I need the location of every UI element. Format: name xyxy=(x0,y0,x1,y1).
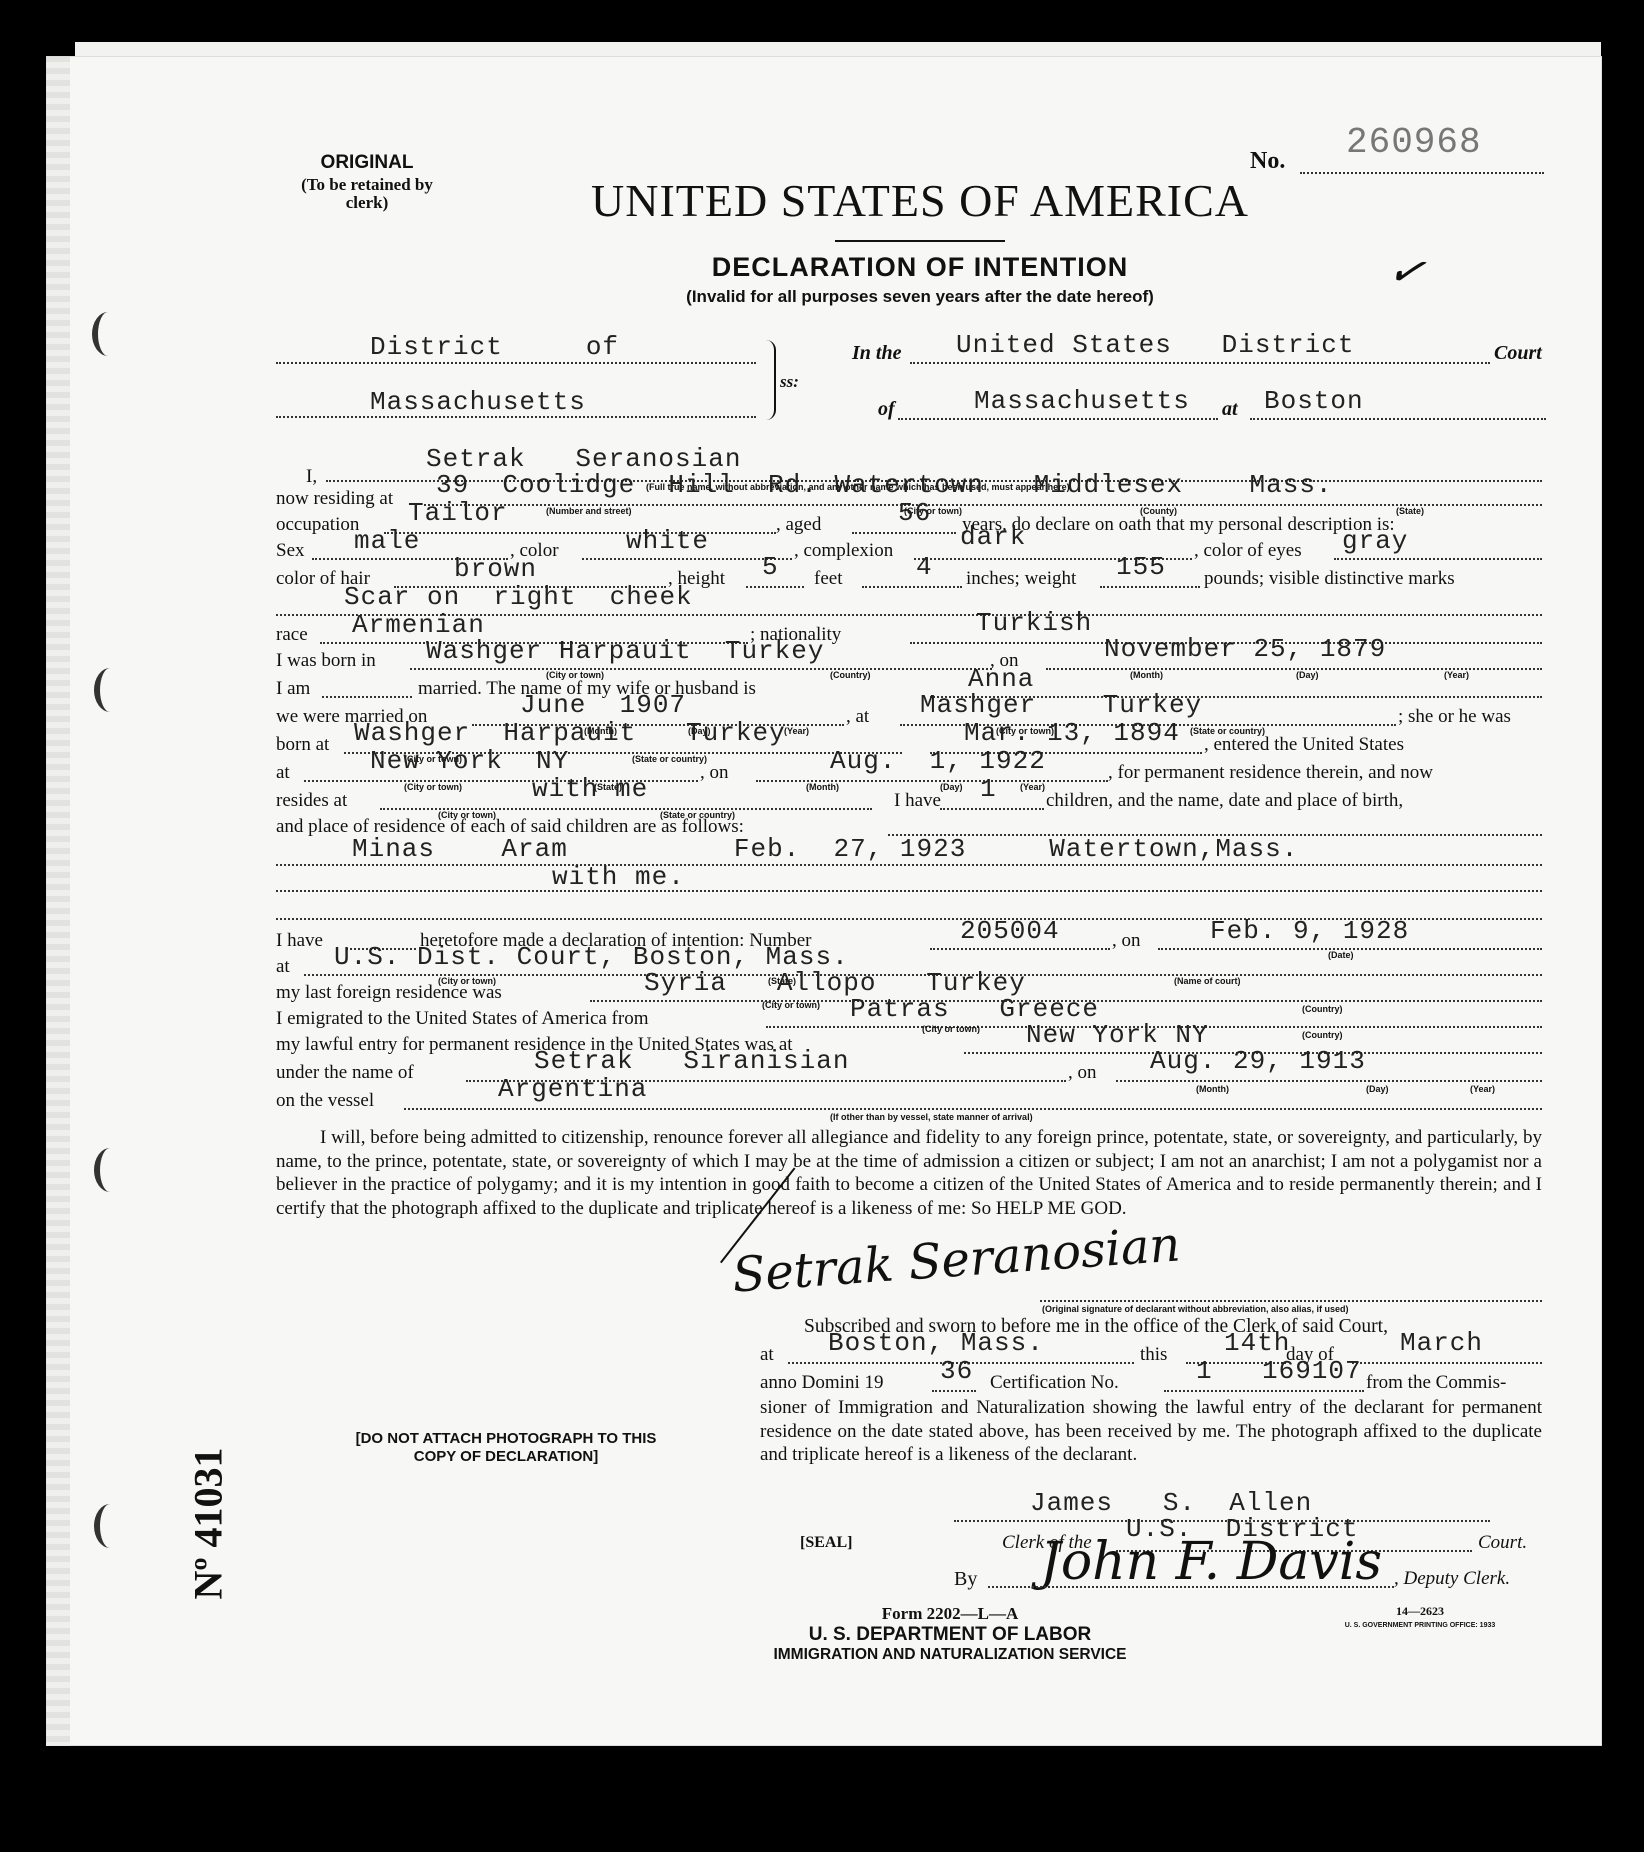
court-city: Boston xyxy=(1264,386,1364,416)
entry-name-label: under the name of xyxy=(276,1062,414,1084)
married-at-label: , at xyxy=(846,706,869,728)
birthplace-value: Washger Harpauit Turkey xyxy=(426,636,824,666)
birthdate-value: November 25, 1879 xyxy=(1104,634,1386,664)
at-label: at xyxy=(1222,398,1238,421)
title-rule xyxy=(835,240,1005,242)
eyes-value: gray xyxy=(1342,526,1408,556)
spouse-entry-date-value: Aug. 1, 1922 xyxy=(830,746,1046,776)
anno-domini-label: anno Domini 19 xyxy=(760,1372,884,1394)
eyes-label: , color of eyes xyxy=(1194,540,1302,562)
sex-label: Sex xyxy=(276,540,305,562)
entry-on-label: , on xyxy=(1068,1062,1097,1084)
photo-note-line-2: COPY OF DECLARATION] xyxy=(316,1448,696,1466)
form-number: Form 2202—L—A xyxy=(800,1604,1100,1624)
hint-number-street: (Number and street) xyxy=(546,506,632,516)
nationality-value: Turkish xyxy=(976,608,1092,638)
hint-month: (Month) xyxy=(1196,1084,1229,1094)
prior-at-label: at xyxy=(276,956,290,978)
last-residence-label: my last foreign residence was xyxy=(276,982,502,1004)
hint-country: (Country) xyxy=(830,670,871,680)
complexion-value: dark xyxy=(960,522,1026,552)
hint-city: (City or town) xyxy=(762,1000,820,1010)
residing-label: now residing at xyxy=(276,488,393,510)
aged-label: , aged xyxy=(776,514,821,536)
form-subtitle: DECLARATION OF INTENTION xyxy=(560,252,1280,283)
prior-on-label: , on xyxy=(1112,930,1141,952)
venue-district-line-1: District of xyxy=(370,332,619,362)
married-place-value: Mashger Turkey xyxy=(920,690,1202,720)
service-label: IMMIGRATION AND NATURALIZATION SERVICE xyxy=(690,1646,1210,1664)
form-code: 14—2623 xyxy=(1360,1604,1480,1619)
hint-date: (Date) xyxy=(1328,950,1354,960)
original-label: ORIGINAL xyxy=(272,152,462,174)
hint-month: (Month) xyxy=(1130,670,1163,680)
sex-value: male xyxy=(354,526,420,556)
hint-year: (Year) xyxy=(1020,782,1045,792)
venue-bracket xyxy=(764,340,776,420)
certification-number: 169107 xyxy=(1262,1356,1362,1386)
complexion-label: , complexion xyxy=(794,540,893,562)
this-label: this xyxy=(1140,1344,1167,1366)
clerk-court-label: Court. xyxy=(1478,1532,1527,1554)
deputy-signature: John F. Davis xyxy=(1040,1532,1382,1592)
court-state: Massachusetts xyxy=(974,386,1190,416)
of-label: of xyxy=(878,398,895,421)
entry-at-label: at xyxy=(276,762,290,784)
jurat-day: 14th xyxy=(1224,1328,1290,1358)
seal-label: [SEAL] xyxy=(800,1534,852,1552)
spouse-birthplace-value: Washger Harpauit Turkey xyxy=(354,718,786,748)
deputy-clerk-label: , Deputy Clerk. xyxy=(1394,1568,1510,1590)
i-have-label: I have xyxy=(894,790,941,812)
permanent-residence-label: , for permanent residence therein, and n… xyxy=(1108,762,1433,784)
number-label: No. xyxy=(1250,148,1285,175)
jurat-year: 36 xyxy=(940,1356,973,1386)
age-value: 56 xyxy=(898,498,931,528)
spouse-birthdate-value: Mar. 13, 1894 xyxy=(964,718,1180,748)
she-was-label: ; she or he was xyxy=(1398,706,1511,728)
height-feet-value: 5 xyxy=(762,552,779,582)
hair-value: brown xyxy=(454,554,537,584)
court-label: Court xyxy=(1494,342,1542,365)
hint-year: (Year) xyxy=(1444,670,1469,680)
entry-on-label: , on xyxy=(700,762,729,784)
hint-day: (Day) xyxy=(1296,670,1319,680)
retained-note-line-1: (To be retained by xyxy=(262,176,472,194)
occupation-label: occupation xyxy=(276,514,359,536)
emigrated-label: I emigrated to the United States of Amer… xyxy=(276,1008,649,1030)
punch-hole-icon xyxy=(94,668,126,712)
jurat-body: sioner of Immigration and Naturalization… xyxy=(760,1396,1542,1467)
retained-note: (To be retained by clerk) xyxy=(262,176,472,212)
photo-note-line-1: [DO NOT ATTACH PHOTOGRAPH TO THIS xyxy=(316,1430,696,1448)
vessel-label: on the vessel xyxy=(276,1090,374,1112)
spouse-residence-value: with me xyxy=(532,774,648,804)
by-label: By xyxy=(954,1568,977,1591)
hint-vessel: (If other than by vessel, state manner o… xyxy=(830,1112,1033,1122)
hint-country: (Country) xyxy=(1302,1030,1343,1040)
serial-number-stamp: 260968 xyxy=(1346,122,1482,163)
hint-city: (City or town) xyxy=(922,1024,980,1034)
hint-month: (Month) xyxy=(806,782,839,792)
ss-label: ss: xyxy=(780,372,799,392)
document-page xyxy=(46,56,1602,1746)
punch-hole-icon xyxy=(92,312,124,356)
in-the-label: In the xyxy=(852,342,901,365)
race-label: race xyxy=(276,624,308,646)
hint-day: (Day) xyxy=(940,782,963,792)
years-label: years, do declare on oath that my person… xyxy=(962,514,1395,536)
punch-hole-icon xyxy=(94,1148,126,1192)
entered-label: , entered the United States xyxy=(1204,734,1404,756)
residence-address: 39 Coolidge Hill Rd. Watertown Middlesex… xyxy=(436,470,1333,500)
side-number: Nº 41031 xyxy=(185,1374,232,1674)
certification-label: Certification No. xyxy=(990,1372,1119,1394)
photo-note: [DO NOT ATTACH PHOTOGRAPH TO THIS COPY O… xyxy=(316,1430,696,1466)
hint-year: (Year) xyxy=(784,726,809,736)
born-at-label: born at xyxy=(276,734,329,756)
jurat-at-label: at xyxy=(760,1344,774,1366)
spouse-entry-place-value: New York NY xyxy=(370,746,569,776)
hint-year: (Year) xyxy=(1470,1084,1495,1094)
inches-label: inches; weight xyxy=(966,568,1076,590)
born-in-label: I was born in xyxy=(276,650,376,672)
color-value: white xyxy=(626,526,709,556)
height-inches-value: 4 xyxy=(916,552,933,582)
oath-paragraph: I will, before being admitted to citizen… xyxy=(276,1126,1542,1220)
distinctive-marks-value: Scar on right cheek xyxy=(344,582,693,612)
child-residence: with me. xyxy=(552,862,685,892)
punch-hole-icon xyxy=(94,1504,126,1548)
court-name: United States District xyxy=(956,330,1354,360)
jurat-place: Boston, Mass. xyxy=(828,1328,1044,1358)
i-am-label: I am xyxy=(276,678,310,700)
document-title: UNITED STATES OF AMERICA xyxy=(500,174,1340,227)
children-label: children, and the name, date and place o… xyxy=(1046,790,1403,812)
children-count-value: 1 xyxy=(980,774,997,804)
hint-country: (Country) xyxy=(1302,1004,1343,1014)
department-label: U. S. DEPARTMENT OF LABOR xyxy=(740,1624,1160,1646)
vessel-value: Argentina xyxy=(498,1074,647,1104)
prior-declaration-date: Feb. 9, 1928 xyxy=(1210,916,1409,946)
hint-city: (City or town) xyxy=(404,782,462,792)
venue-district-line-2: Massachusetts xyxy=(370,387,586,417)
certification-prefix: 1 xyxy=(1196,1356,1213,1386)
pounds-label: pounds; visible distinctive marks xyxy=(1204,568,1455,590)
married-date-value: June 1907 xyxy=(520,690,686,720)
hint-state: (State) xyxy=(1396,506,1424,516)
weight-value: 155 xyxy=(1116,552,1166,582)
retained-note-line-2: clerk) xyxy=(262,194,472,212)
perforated-edge xyxy=(46,56,70,1746)
jurat-month: March xyxy=(1400,1328,1483,1358)
printing-office-label: U. S. GOVERNMENT PRINTING OFFICE: 1933 xyxy=(1300,1622,1540,1629)
entry-date-value: Aug. 29, 1913 xyxy=(1150,1046,1366,1076)
prior-declaration-number: 205004 xyxy=(960,916,1060,946)
validity-note: (Invalid for all purposes seven years af… xyxy=(530,287,1310,307)
from-commissioner-label: from the Commis- xyxy=(1366,1372,1506,1394)
hint-court: (Name of court) xyxy=(1174,976,1241,986)
signature-hint: (Original signature of declarant without… xyxy=(1042,1304,1349,1314)
entry-name-value: Setrak Siranisian xyxy=(534,1046,849,1076)
feet-label: feet xyxy=(814,568,842,590)
i-label: I, xyxy=(306,466,317,488)
resides-at-label: resides at xyxy=(276,790,347,812)
hint-state-country: (State or country) xyxy=(632,754,707,764)
occupation-value: Tailor xyxy=(408,498,508,528)
prior-i-have-label: I have xyxy=(276,930,323,952)
child-entry: Minas Aram Feb. 27, 1923 Watertown,Mass. xyxy=(352,834,1298,864)
hint-day: (Day) xyxy=(1366,1084,1389,1094)
